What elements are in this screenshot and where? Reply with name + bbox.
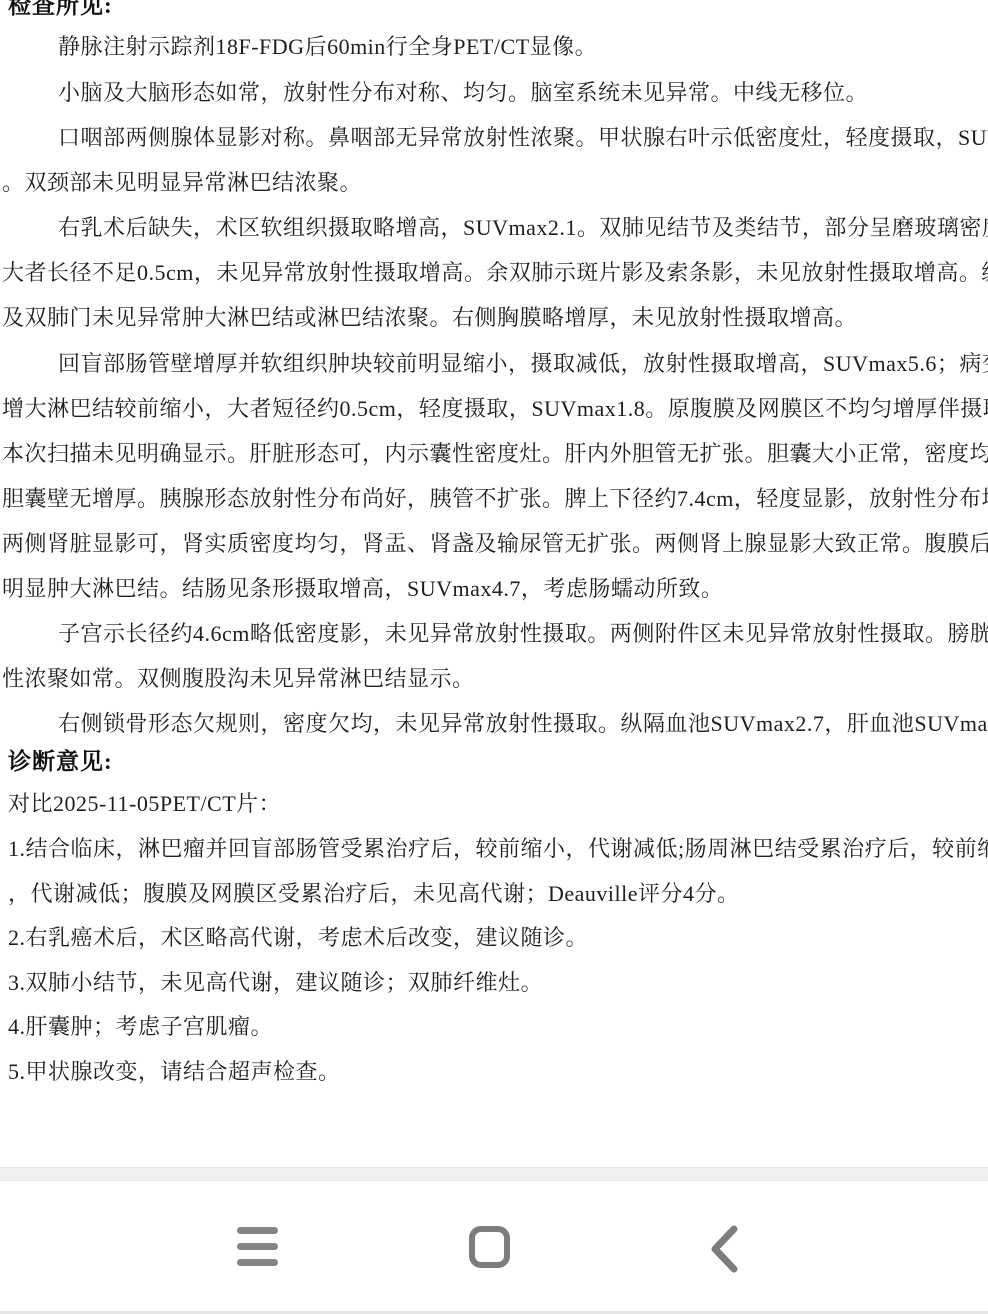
report-line: 增大淋巴结较前缩小，大者短径约0.5cm，轻度摄取，SUVmax1.8。原腹膜及…: [2, 392, 988, 423]
report-line: 及双肺门未见异常肿大淋巴结或淋巴结浓聚。右侧胸膜略增厚，未见放射性摄取增高。: [2, 301, 857, 332]
diagnosis-line: 5.甲状腺改变，请结合超声检查。: [8, 1055, 341, 1086]
home-button[interactable]: [459, 1219, 519, 1279]
report-line: 性浓聚如常。双侧腹股沟未见异常淋巴结显示。: [2, 662, 475, 693]
report-line: 小脑及大脑形态如常，放射性分布对称、均匀。脑室系统未见异常。中线无移位。: [58, 76, 868, 107]
diagnosis-heading: 诊断意见:: [8, 743, 113, 776]
medical-report-document: 检查所见: 静脉注射示踪剂18F-FDG后60min行全身PET/CT显像。 小…: [0, 0, 988, 1160]
findings-heading: 检查所见:: [8, 0, 113, 20]
report-line: 胆囊壁无增厚。胰腺形态放射性分布尚好，胰管不扩张。脾上下径约7.4cm，轻度显影…: [2, 482, 988, 513]
report-line: 两侧肾脏显影可，肾实质密度均匀，肾盂、肾盏及输尿管无扩张。两侧肾上腺显影大致正常…: [2, 527, 988, 558]
report-line: 回盲部肠管壁增厚并软组织肿块较前明显缩小，摄取减低，放射性摄取增高，SUVmax…: [58, 347, 988, 378]
diagnosis-line: 对比2025-11-05PET/CT片：: [8, 787, 281, 818]
report-line: 大者长径不足0.5cm，未见异常放射性摄取增高。余双肺示斑片影及索条影，未见放射…: [2, 256, 988, 287]
report-line: 静脉注射示踪剂18F-FDG后60min行全身PET/CT显像。: [58, 30, 597, 61]
android-navigation-bar: [0, 1181, 988, 1312]
report-line: 本次扫描未见明确显示。肝脏形态可，内示囊性密度灶。肝内外胆管无扩张。胆囊大小正常…: [2, 437, 988, 468]
recents-button[interactable]: [227, 1219, 287, 1279]
navbar-divider: [0, 1167, 988, 1181]
back-icon: [704, 1223, 744, 1275]
diagnosis-line: 2.右乳癌术后，术区略高代谢，考虑术后改变，建议随诊。: [8, 921, 588, 952]
diagnosis-line: 4.肝囊肿；考虑子宫肌瘤。: [8, 1010, 273, 1041]
report-line: 右乳术后缺失，术区软组织摄取略增高，SUVmax2.1。双肺见结节及类结节，部分…: [58, 211, 988, 242]
report-line: 明显肿大淋巴结。结肠见条形摄取增高，SUVmax4.7，考虑肠蠕动所致。: [2, 572, 723, 603]
diagnosis-line: ，代谢减低；腹膜及网膜区受累治疗后，未见高代谢；Deauville评分4分。: [8, 877, 740, 908]
report-line: 子宫示长径约4.6cm略低密度影，未见异常放射性摄取。两侧附件区未见异常放射性摄…: [58, 617, 988, 648]
report-line: 。双颈部未见明显异常淋巴结浓聚。: [2, 166, 362, 197]
report-line: 口咽部两侧腺体显影对称。鼻咽部无异常放射性浓聚。甲状腺右叶示低密度灶，轻度摄取，…: [58, 121, 988, 152]
home-icon: [469, 1226, 510, 1268]
diagnosis-line: 1.结合临床，淋巴瘤并回盲部肠管受累治疗后，较前缩小，代谢减低;肠周淋巴结受累治…: [8, 832, 988, 863]
report-line: 右侧锁骨形态欠规则，密度欠均，未见异常放射性摄取。纵隔血池SUVmax2.7，肝…: [58, 707, 988, 738]
back-button[interactable]: [692, 1219, 752, 1279]
diagnosis-line: 3.双肺小结节，未见高代谢，建议随诊；双肺纤维灶。: [8, 966, 543, 997]
